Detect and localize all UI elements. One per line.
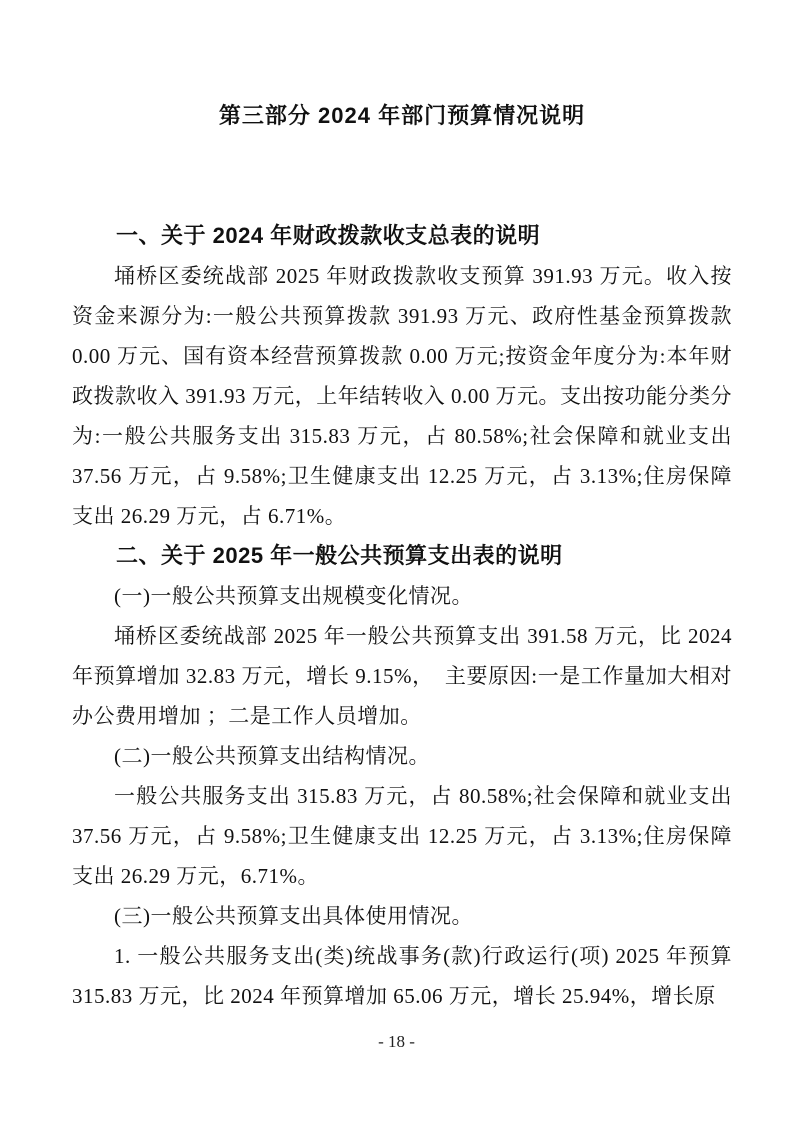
page-number: - 18 - — [0, 1032, 793, 1052]
section-2-heading: 二、关于 2025 年一般公共预算支出表的说明 — [72, 536, 732, 576]
section-1-paragraph-overview: 埇桥区委统战部 2025 年财政拨款收支预算 391.93 万元。收入按资金来源… — [72, 256, 732, 536]
section-2-paragraph-usage-item-1: 1. 一般公共服务支出(类)统战事务(款)行政运行(项) 2025 年预算 31… — [72, 936, 732, 1016]
section-2-paragraph-structure: 一般公共服务支出 315.83 万元，占 80.58%;社会保障和就业支出 37… — [72, 776, 732, 896]
document-title: 第三部分 2024 年部门预算情况说明 — [72, 96, 732, 136]
section-2-subheading-2: (二)一般公共预算支出结构情况。 — [72, 736, 732, 776]
section-1-heading: 一、关于 2024 年财政拨款收支总表的说明 — [72, 216, 732, 256]
section-2-subheading-3: (三)一般公共预算支出具体使用情况。 — [72, 896, 732, 936]
section-2-paragraph-scale-change: 埇桥区委统战部 2025 年一般公共预算支出 391.58 万元，比 2024 … — [72, 616, 732, 736]
document-page: 第三部分 2024 年部门预算情况说明 一、关于 2024 年财政拨款收支总表的… — [0, 0, 793, 1122]
section-2-subheading-1: (一)一般公共预算支出规模变化情况。 — [72, 576, 732, 616]
